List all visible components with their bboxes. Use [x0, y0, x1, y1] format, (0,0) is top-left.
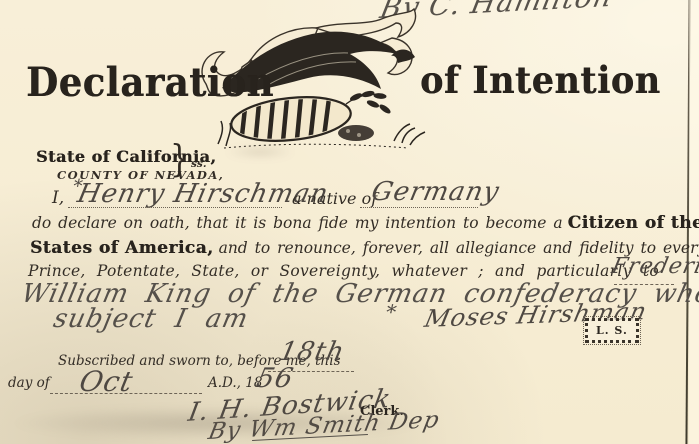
oath-blackletter-text: Citizen of the United — [568, 213, 699, 233]
prince-script-text: Prince, Potentate, State, or Sovereignty… — [28, 262, 659, 280]
i-prefix: I, — [52, 188, 64, 208]
oath-line: do declare on oath, that it is bona fide… — [32, 213, 699, 233]
document-title-left: Declaration — [26, 58, 274, 106]
month-entry: Oct — [76, 365, 136, 398]
states-blackletter-text: States of America, — [30, 238, 214, 258]
country-entry: Germany — [369, 177, 503, 207]
ruler-name-entry-3: subject I am — [51, 304, 252, 334]
dotted-leader — [68, 207, 282, 208]
jurisdiction-brace: } — [170, 138, 189, 182]
states-line: States of America,and to renounce, forev… — [30, 238, 699, 258]
day-of-label: day of — [8, 375, 50, 391]
document-title-right: of Intention — [420, 58, 661, 102]
declaration-of-intention-document: By C. Hamilton — [0, 0, 699, 444]
ss-abbreviation: ss. — [191, 158, 206, 170]
year-entry: 56 — [254, 363, 297, 394]
ruler-name-entry-1: Frederick — [609, 254, 699, 279]
ls-seal-box: L. S. — [585, 318, 639, 343]
oath-script-text: do declare on oath, that it is bona fide… — [32, 214, 563, 232]
native-of-label: a native of — [292, 189, 377, 208]
state-caption: State of California, — [36, 147, 216, 166]
dotted-leader — [360, 207, 478, 208]
